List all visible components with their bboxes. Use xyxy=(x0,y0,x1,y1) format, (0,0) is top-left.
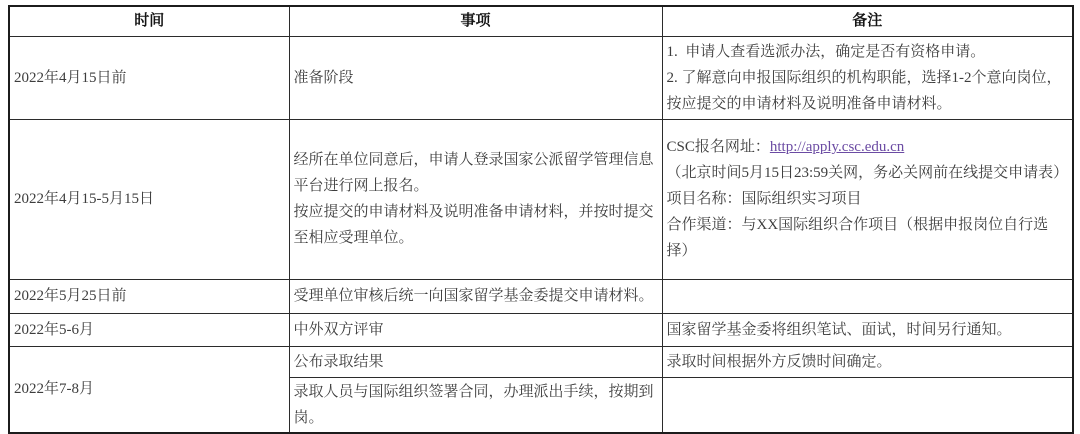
notes-cell xyxy=(662,377,1073,433)
note-line: 1. 申请人查看选派办法，确定是否有资格申请。 xyxy=(667,39,1069,65)
table-row-review: 2022年5-6月 中外双方评审 国家留学基金委将组织笔试、面试，时间另行通知。 xyxy=(9,313,1073,346)
table-row-results: 2022年7-8月 公布录取结果 录取时间根据外方反馈时间确定。 xyxy=(9,346,1073,377)
csc-url-label: CSC报名网址： xyxy=(667,139,770,155)
notes-cell xyxy=(662,279,1073,313)
csc-apply-link[interactable]: http://apply.csc.edu.cn xyxy=(770,139,904,155)
item-cell: 准备阶段 xyxy=(289,36,662,119)
col-header-time: 时间 xyxy=(9,6,289,36)
item-cell: 公布录取结果 xyxy=(289,346,662,377)
header-row: 时间 事项 备注 xyxy=(9,6,1073,36)
time-cell: 2022年4月15日前 xyxy=(9,36,289,119)
time-cell: 2022年5-6月 xyxy=(9,313,289,346)
time-cell: 2022年5月25日前 xyxy=(9,279,289,313)
table-row-preparation: 2022年4月15日前 准备阶段 1. 申请人查看选派办法，确定是否有资格申请。… xyxy=(9,36,1073,119)
note-line: 2. 了解意向申报国际组织的机构职能，选择1-2个意向岗位，按应提交的申请材料及… xyxy=(667,65,1069,117)
item-line: 按应提交的申请材料及说明准备申请材料，并按时提交至相应受理单位。 xyxy=(294,199,658,251)
note-line: （北京时间5月15日23:59关网，务必关网前在线提交申请表） xyxy=(667,160,1069,186)
col-header-item: 事项 xyxy=(289,6,662,36)
notes-cell: 国家留学基金委将组织笔试、面试，时间另行通知。 xyxy=(662,313,1073,346)
schedule-table-container: 时间 事项 备注 2022年4月15日前 准备阶段 1. 申请人查看选派办法，确… xyxy=(8,5,1072,434)
note-line: 合作渠道：与XX国际组织合作项目（根据申报岗位自行选择） xyxy=(667,212,1069,264)
item-cell: 录取人员与国际组织签署合同，办理派出手续，按期到岗。 xyxy=(289,377,662,433)
item-cell: 中外双方评审 xyxy=(289,313,662,346)
table-row-submission: 2022年5月25日前 受理单位审核后统一向国家留学基金委提交申请材料。 xyxy=(9,279,1073,313)
note-line-csc-url: CSC报名网址：http://apply.csc.edu.cn xyxy=(667,134,1069,160)
notes-cell: 1. 申请人查看选派办法，确定是否有资格申请。 2. 了解意向申报国际组织的机构… xyxy=(662,36,1073,119)
item-cell: 受理单位审核后统一向国家留学基金委提交申请材料。 xyxy=(289,279,662,313)
item-line: 经所在单位同意后，申请人登录国家公派留学管理信息平台进行网上报名。 xyxy=(294,147,658,199)
note-line: 项目名称：国际组织实习项目 xyxy=(667,186,1069,212)
notes-cell: 录取时间根据外方反馈时间确定。 xyxy=(662,346,1073,377)
col-header-notes: 备注 xyxy=(662,6,1073,36)
time-cell: 2022年7-8月 xyxy=(9,346,289,433)
application-schedule-table: 时间 事项 备注 2022年4月15日前 准备阶段 1. 申请人查看选派办法，确… xyxy=(8,5,1074,434)
item-cell: 经所在单位同意后，申请人登录国家公派留学管理信息平台进行网上报名。 按应提交的申… xyxy=(289,119,662,279)
time-cell: 2022年4月15-5月15日 xyxy=(9,119,289,279)
notes-cell: CSC报名网址：http://apply.csc.edu.cn （北京时间5月1… xyxy=(662,119,1073,279)
table-row-registration: 2022年4月15-5月15日 经所在单位同意后，申请人登录国家公派留学管理信息… xyxy=(9,119,1073,279)
